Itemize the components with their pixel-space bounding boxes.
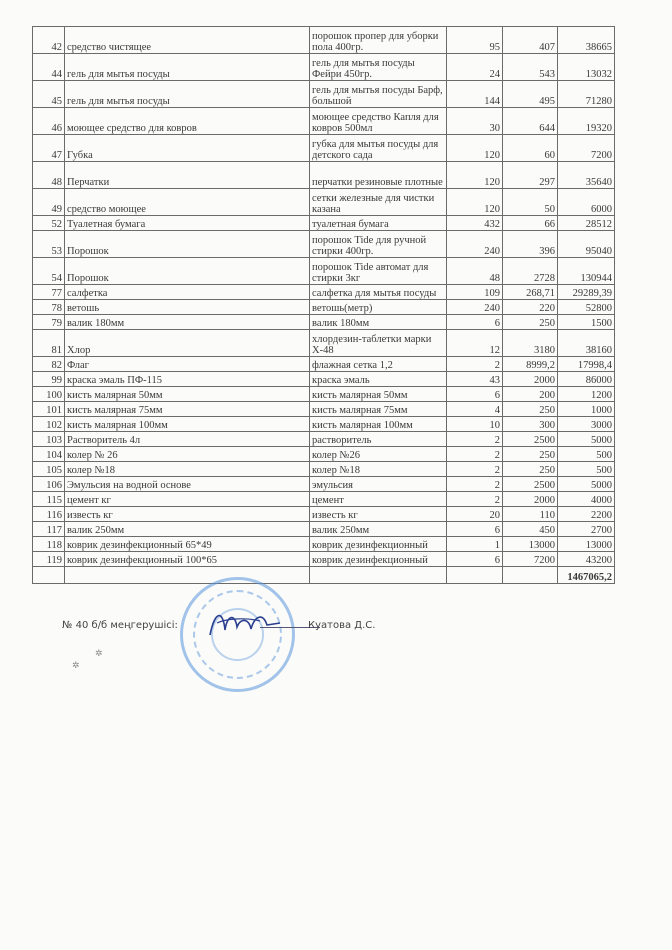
cell-price: 250 [503, 402, 558, 417]
cell-num: 119 [33, 552, 65, 567]
cell-desc: эмульсия [310, 477, 447, 492]
cell-price: 2000 [503, 372, 558, 387]
cell-price: 200 [503, 387, 558, 402]
table-row: 49средство моющеесетки железные для чист… [33, 189, 615, 216]
cell-num: 78 [33, 300, 65, 315]
cell-total: 29289,39 [558, 285, 615, 300]
cell-qty: 12 [447, 330, 503, 357]
items-table-body: 42средство чистящеепорошок пропер для уб… [33, 27, 615, 584]
cell-qty: 2 [447, 462, 503, 477]
cell-qty: 6 [447, 522, 503, 537]
cell-qty: 1 [447, 537, 503, 552]
cell-name: известь кг [65, 507, 310, 522]
cell-qty: 6 [447, 552, 503, 567]
cell-qty: 6 [447, 315, 503, 330]
cell-price: 450 [503, 522, 558, 537]
cell-total: 38160 [558, 330, 615, 357]
cell-qty: 2 [447, 477, 503, 492]
table-row: 54Порошокпорошок Tide автомат для стирки… [33, 258, 615, 285]
cell-total: 13032 [558, 54, 615, 81]
cell-price: 13000 [503, 537, 558, 552]
table-row: 101кисть малярная 75ммкисть малярная 75м… [33, 402, 615, 417]
table-row: 47Губкагубка для мытья посуды для детско… [33, 135, 615, 162]
cell-name: коврик дезинфекционный 65*49 [65, 537, 310, 552]
cell-num: 48 [33, 162, 65, 189]
cell-qty: 4 [447, 402, 503, 417]
cell-name: ветошь [65, 300, 310, 315]
cell-price: 2728 [503, 258, 558, 285]
cell-price: 60 [503, 135, 558, 162]
cell-name: краска эмаль ПФ-115 [65, 372, 310, 387]
cell-total: 38665 [558, 27, 615, 54]
cell-desc: губка для мытья посуды для детского сада [310, 135, 447, 162]
cell-num: 106 [33, 477, 65, 492]
cell-total: 5000 [558, 432, 615, 447]
cell-price: 2000 [503, 492, 558, 507]
cell-total: 17998,4 [558, 357, 615, 372]
cell-price: 3180 [503, 330, 558, 357]
cell-name: Губка [65, 135, 310, 162]
table-row: 115цемент кгцемент220004000 [33, 492, 615, 507]
cell-num: 105 [33, 462, 65, 477]
table-row: 118коврик дезинфекционный 65*49коврик де… [33, 537, 615, 552]
table-row: 53Порошокпорошок Tide для ручной стирки … [33, 231, 615, 258]
cell-total: 2700 [558, 522, 615, 537]
cell-desc: колер №26 [310, 447, 447, 462]
cell-name: цемент кг [65, 492, 310, 507]
cell-desc: растворитель [310, 432, 447, 447]
cell-price: 396 [503, 231, 558, 258]
cell-total: 500 [558, 462, 615, 477]
cell-desc: моющее средство Капля для ковров 500мл [310, 108, 447, 135]
cell-desc: хлордезин-таблетки марки Х-48 [310, 330, 447, 357]
cell-name: Хлор [65, 330, 310, 357]
cell-desc: кисть малярная 50мм [310, 387, 447, 402]
cell-num: 54 [33, 258, 65, 285]
cell-num: 99 [33, 372, 65, 387]
cell-desc: порошок Tide для ручной стирки 400гр. [310, 231, 447, 258]
cell-desc: коврик дезинфекционный [310, 552, 447, 567]
cell-price: 495 [503, 81, 558, 108]
cell-name: колер №18 [65, 462, 310, 477]
table-row: 104колер № 26колер №262250500 [33, 447, 615, 462]
cell-desc: порошок Tide автомат для стирки 3кг [310, 258, 447, 285]
cell-qty: 95 [447, 27, 503, 54]
cell-qty: 43 [447, 372, 503, 387]
cell-total: 1200 [558, 387, 615, 402]
cell-qty: 20 [447, 507, 503, 522]
cell-desc: коврик дезинфекционный [310, 537, 447, 552]
cell-num: 104 [33, 447, 65, 462]
cell-qty: 48 [447, 258, 503, 285]
cell-qty: 30 [447, 108, 503, 135]
cell-total: 2200 [558, 507, 615, 522]
cell-num: 47 [33, 135, 65, 162]
cell-num: 103 [33, 432, 65, 447]
cell-num: 81 [33, 330, 65, 357]
cell-total: 3000 [558, 417, 615, 432]
handwritten-signature [205, 605, 285, 645]
cell-name: коврик дезинфекционный 100*65 [65, 552, 310, 567]
cell-qty: 144 [447, 81, 503, 108]
cell-price: 50 [503, 189, 558, 216]
cell-qty: 120 [447, 135, 503, 162]
cell-total: 7200 [558, 135, 615, 162]
table-row: 106Эмульсия на водной основеэмульсия2250… [33, 477, 615, 492]
table-row: 78ветошьветошь(метр)24022052800 [33, 300, 615, 315]
cell-name: гель для мытья посуды [65, 54, 310, 81]
cell-name: Порошок [65, 258, 310, 285]
cell-desc: ветошь(метр) [310, 300, 447, 315]
cell-num: 52 [33, 216, 65, 231]
cell-qty: 120 [447, 189, 503, 216]
table-row: 102кисть малярная 100ммкисть малярная 10… [33, 417, 615, 432]
scan-speck: ✲ [72, 660, 80, 671]
cell-price: 644 [503, 108, 558, 135]
cell-price: 268,71 [503, 285, 558, 300]
cell-total: 130944 [558, 258, 615, 285]
cell-price: 250 [503, 447, 558, 462]
cell-total: 4000 [558, 492, 615, 507]
cell-desc: кисть малярная 100мм [310, 417, 447, 432]
cell-qty: 10 [447, 417, 503, 432]
cell-qty: 240 [447, 231, 503, 258]
table-row: 45гель для мытья посудыгель для мытья по… [33, 81, 615, 108]
cell-desc: валик 180мм [310, 315, 447, 330]
cell-total: 35640 [558, 162, 615, 189]
cell-desc: цемент [310, 492, 447, 507]
empty-cell [310, 567, 447, 584]
cell-num: 44 [33, 54, 65, 81]
cell-num: 53 [33, 231, 65, 258]
grand-total-row: 1467065,2 [33, 567, 615, 584]
cell-num: 46 [33, 108, 65, 135]
cell-name: Туалетная бумага [65, 216, 310, 231]
cell-name: гель для мытья посуды [65, 81, 310, 108]
cell-desc: гель для мытья посуды Фейри 450гр. [310, 54, 447, 81]
cell-qty: 6 [447, 387, 503, 402]
cell-price: 250 [503, 315, 558, 330]
cell-qty: 2 [447, 357, 503, 372]
cell-price: 543 [503, 54, 558, 81]
cell-name: средство моющее [65, 189, 310, 216]
cell-price: 7200 [503, 552, 558, 567]
cell-total: 71280 [558, 81, 615, 108]
table-row: 105колер №18колер №182250500 [33, 462, 615, 477]
cell-qty: 432 [447, 216, 503, 231]
cell-name: кисть малярная 75мм [65, 402, 310, 417]
cell-name: Флаг [65, 357, 310, 372]
empty-cell [447, 567, 503, 584]
empty-cell [65, 567, 310, 584]
cell-total: 86000 [558, 372, 615, 387]
empty-cell [503, 567, 558, 584]
cell-price: 8999,2 [503, 357, 558, 372]
table-row: 82Флагфлажная сетка 1,228999,217998,4 [33, 357, 615, 372]
cell-num: 45 [33, 81, 65, 108]
cell-price: 66 [503, 216, 558, 231]
items-table: 42средство чистящеепорошок пропер для уб… [32, 26, 615, 584]
cell-price: 250 [503, 462, 558, 477]
cell-name: средство чистящее [65, 27, 310, 54]
cell-name: моющее средство для ковров [65, 108, 310, 135]
cell-qty: 109 [447, 285, 503, 300]
cell-price: 407 [503, 27, 558, 54]
cell-qty: 240 [447, 300, 503, 315]
cell-qty: 120 [447, 162, 503, 189]
cell-total: 1000 [558, 402, 615, 417]
cell-desc: известь кг [310, 507, 447, 522]
table-row: 81Хлорхлордезин-таблетки марки Х-4812318… [33, 330, 615, 357]
cell-num: 116 [33, 507, 65, 522]
cell-total: 52800 [558, 300, 615, 315]
cell-qty: 24 [447, 54, 503, 81]
cell-num: 101 [33, 402, 65, 417]
cell-desc: перчатки резиновые плотные [310, 162, 447, 189]
cell-desc: кисть малярная 75мм [310, 402, 447, 417]
table-row: 103Растворитель 4лрастворитель225005000 [33, 432, 615, 447]
cell-desc: сетки железные для чистки казана [310, 189, 447, 216]
cell-num: 117 [33, 522, 65, 537]
cell-num: 115 [33, 492, 65, 507]
cell-price: 2500 [503, 477, 558, 492]
cell-price: 297 [503, 162, 558, 189]
cell-name: Перчатки [65, 162, 310, 189]
table-row: 119коврик дезинфекционный 100*65коврик д… [33, 552, 615, 567]
position-label: № 40 б/б меңгерушісі: [62, 620, 178, 631]
cell-desc: краска эмаль [310, 372, 447, 387]
cell-desc: валик 250мм [310, 522, 447, 537]
table-row: 116известь кгизвесть кг201102200 [33, 507, 615, 522]
cell-num: 79 [33, 315, 65, 330]
cell-desc: туалетная бумага [310, 216, 447, 231]
cell-desc: салфетка для мытья посуды [310, 285, 447, 300]
cell-price: 300 [503, 417, 558, 432]
table-row: 48Перчаткиперчатки резиновые плотные1202… [33, 162, 615, 189]
table-row: 79валик 180ммвалик 180мм62501500 [33, 315, 615, 330]
signatory-name: Куатова Д.С. [308, 620, 375, 631]
cell-total: 5000 [558, 477, 615, 492]
table-row: 117валик 250ммвалик 250мм64502700 [33, 522, 615, 537]
table-row: 46моющее средство для ковровмоющее средс… [33, 108, 615, 135]
cell-num: 77 [33, 285, 65, 300]
cell-price: 220 [503, 300, 558, 315]
cell-total: 95040 [558, 231, 615, 258]
empty-cell [33, 567, 65, 584]
cell-total: 500 [558, 447, 615, 462]
cell-desc: порошок пропер для уборки пола 400гр. [310, 27, 447, 54]
cell-price: 110 [503, 507, 558, 522]
cell-num: 42 [33, 27, 65, 54]
table-row: 44гель для мытья посудыгель для мытья по… [33, 54, 615, 81]
cell-total: 1500 [558, 315, 615, 330]
cell-qty: 2 [447, 432, 503, 447]
table-row: 77салфеткасалфетка для мытья посуды10926… [33, 285, 615, 300]
cell-num: 82 [33, 357, 65, 372]
cell-name: валик 250мм [65, 522, 310, 537]
cell-qty: 2 [447, 492, 503, 507]
cell-desc: колер №18 [310, 462, 447, 477]
cell-total: 6000 [558, 189, 615, 216]
cell-num: 49 [33, 189, 65, 216]
cell-qty: 2 [447, 447, 503, 462]
table-row: 100кисть малярная 50ммкисть малярная 50м… [33, 387, 615, 402]
table-row: 99краска эмаль ПФ-115краска эмаль4320008… [33, 372, 615, 387]
cell-name: Эмульсия на водной основе [65, 477, 310, 492]
cell-price: 2500 [503, 432, 558, 447]
cell-num: 100 [33, 387, 65, 402]
cell-num: 118 [33, 537, 65, 552]
cell-total: 19320 [558, 108, 615, 135]
cell-num: 102 [33, 417, 65, 432]
grand-total: 1467065,2 [558, 567, 615, 584]
cell-name: салфетка [65, 285, 310, 300]
cell-total: 28512 [558, 216, 615, 231]
table-row: 42средство чистящеепорошок пропер для уб… [33, 27, 615, 54]
cell-name: валик 180мм [65, 315, 310, 330]
cell-total: 43200 [558, 552, 615, 567]
cell-name: Порошок [65, 231, 310, 258]
cell-name: колер № 26 [65, 447, 310, 462]
cell-desc: флажная сетка 1,2 [310, 357, 447, 372]
cell-name: кисть малярная 50мм [65, 387, 310, 402]
cell-name: кисть малярная 100мм [65, 417, 310, 432]
scan-speck: ✲ [95, 648, 103, 659]
cell-total: 13000 [558, 537, 615, 552]
cell-name: Растворитель 4л [65, 432, 310, 447]
table-row: 52Туалетная бумагатуалетная бумага432662… [33, 216, 615, 231]
cell-desc: гель для мытья посуды Барф, большой [310, 81, 447, 108]
